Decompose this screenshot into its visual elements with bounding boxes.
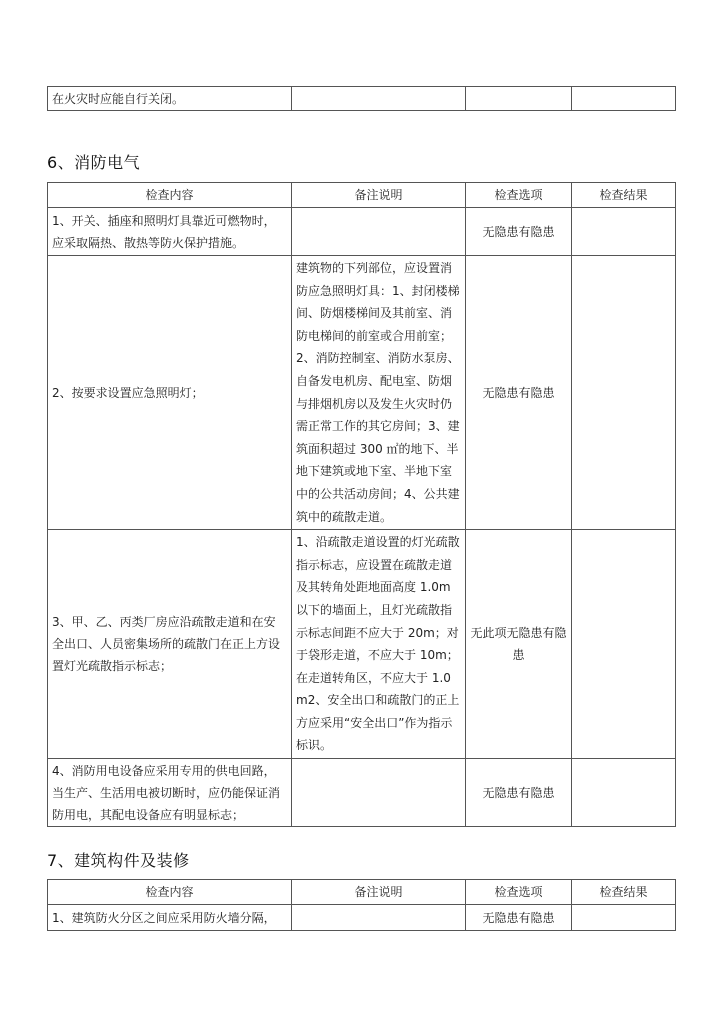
- table-row: 2、按要求设置应急照明灯； 建筑物的下列部位，应设置消防应急照明灯具：1、封闭楼…: [48, 256, 676, 530]
- table-row: 3、甲、乙、丙类厂房应沿疏散走道和在安全出口、人员密集场所的疏散门在正上方设置灯…: [48, 530, 676, 759]
- header-remark: 备注说明: [292, 880, 466, 905]
- table-row: 4、消防用电设备应采用专用的供电回路，当生产、生活用电被切断时，应仍能保证消防用…: [48, 759, 676, 827]
- header-content: 检查内容: [48, 880, 292, 905]
- header-result: 检查结果: [572, 183, 676, 208]
- cell-content: 4、消防用电设备应采用专用的供电回路，当生产、生活用电被切断时，应仍能保证消防用…: [48, 759, 292, 827]
- cell-option[interactable]: [466, 87, 572, 111]
- section-title-building-components: 7、建筑构件及装修: [47, 848, 190, 871]
- cell-content: 在火灾时应能自行关闭。: [48, 87, 292, 111]
- table-continued: 在火灾时应能自行关闭。: [47, 86, 676, 111]
- cell-remark: [292, 905, 466, 931]
- cell-remark: [292, 759, 466, 827]
- header-option: 检查选项: [466, 183, 572, 208]
- cell-result[interactable]: [572, 208, 676, 256]
- cell-remark: [292, 208, 466, 256]
- cell-content: 1、建筑防火分区之间应采用防火墙分隔，: [48, 905, 292, 931]
- cell-result[interactable]: [572, 759, 676, 827]
- cell-content: 3、甲、乙、丙类厂房应沿疏散走道和在安全出口、人员密集场所的疏散门在正上方设置灯…: [48, 530, 292, 759]
- cell-content: 2、按要求设置应急照明灯；: [48, 256, 292, 530]
- cell-remark: [292, 87, 466, 111]
- cell-remark: 建筑物的下列部位，应设置消防应急照明灯具：1、封闭楼梯间、防烟楼梯间及其前室、消…: [292, 256, 466, 530]
- cell-option[interactable]: 无此项无隐患有隐患: [466, 530, 572, 759]
- section-title-electrical: 6、消防电气: [47, 150, 140, 173]
- cell-option[interactable]: 无隐患有隐患: [466, 759, 572, 827]
- header-content: 检查内容: [48, 183, 292, 208]
- cell-result[interactable]: [572, 87, 676, 111]
- table-building-components: 检查内容 备注说明 检查选项 检查结果 1、建筑防火分区之间应采用防火墙分隔， …: [47, 879, 676, 931]
- table-header-row: 检查内容 备注说明 检查选项 检查结果: [48, 183, 676, 208]
- header-result: 检查结果: [572, 880, 676, 905]
- cell-content: 1、开关、插座和照明灯具靠近可燃物时，应采取隔热、散热等防火保护措施。: [48, 208, 292, 256]
- cell-result[interactable]: [572, 905, 676, 931]
- table-row: 1、开关、插座和照明灯具靠近可燃物时，应采取隔热、散热等防火保护措施。 无隐患有…: [48, 208, 676, 256]
- table-electrical: 检查内容 备注说明 检查选项 检查结果 1、开关、插座和照明灯具靠近可燃物时，应…: [47, 182, 676, 827]
- cell-result[interactable]: [572, 530, 676, 759]
- cell-option[interactable]: 无隐患有隐患: [466, 208, 572, 256]
- cell-option[interactable]: 无隐患有隐患: [466, 256, 572, 530]
- cell-remark: 1、沿疏散走道设置的灯光疏散指示标志，应设置在疏散走道及其转角处距地面高度 1.…: [292, 530, 466, 759]
- table-row: 1、建筑防火分区之间应采用防火墙分隔， 无隐患有隐患: [48, 905, 676, 931]
- header-remark: 备注说明: [292, 183, 466, 208]
- header-option: 检查选项: [466, 880, 572, 905]
- cell-result[interactable]: [572, 256, 676, 530]
- table-header-row: 检查内容 备注说明 检查选项 检查结果: [48, 880, 676, 905]
- cell-option[interactable]: 无隐患有隐患: [466, 905, 572, 931]
- table-row: 在火灾时应能自行关闭。: [48, 87, 676, 111]
